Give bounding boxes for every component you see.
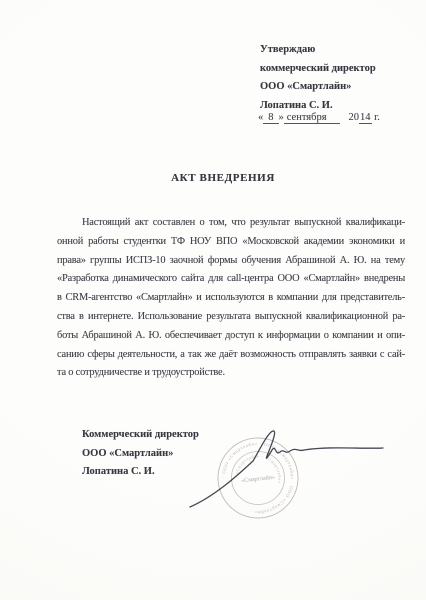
date-month: сентября — [284, 112, 340, 124]
stamp-inner-circle — [232, 452, 285, 505]
signatory-line: Лопатина С. И. — [82, 463, 199, 482]
date-era-label: г. — [374, 112, 380, 123]
stamp-center-text: «Смартлайн» — [241, 474, 275, 485]
paragraph-line: права» группы ИСПЗ-10 заочной формы обуч… — [57, 252, 405, 271]
paragraph-line: Настоящий акт составлен о том, что резул… — [57, 214, 405, 233]
stamp-inner-ring-text: · «Смартлайн» · «Смартлайн» · — [233, 453, 282, 488]
stamp-outer-circle — [218, 438, 298, 518]
paragraph-line: боты Абрашиной А. Ю. обеспечивает доступ… — [57, 327, 405, 346]
paragraph-line: санию сферы деятельности, а так же даёт … — [57, 346, 405, 365]
signatory-line: Коммерческий директор — [82, 426, 199, 445]
approval-line: Утверждаю — [260, 41, 376, 60]
stamp-ring-text: · ООО «Смартлайн» · ООО «Смартлайн» · ОО… — [221, 441, 295, 515]
handwritten-signature — [190, 431, 383, 507]
date-year-suffix: 14 — [359, 112, 372, 124]
signatory-block: Коммерческий директор ООО «Смартлайн» Ло… — [82, 426, 199, 482]
stamp-and-signature: · ООО «Смартлайн» · ООО «Смартлайн» · ОО… — [170, 418, 396, 536]
paragraph-line: онной работы студентки ТФ НОУ ВПО «Моско… — [57, 233, 405, 252]
date-day: 8 — [263, 112, 278, 124]
document-title: АКТ ВНЕДРЕНИЯ — [20, 172, 426, 184]
quote-close: » — [279, 112, 284, 123]
paragraph-line: в CRM-агентство «Смартлайн» и используют… — [57, 289, 405, 308]
body-paragraph: Настоящий акт составлен о том, что резул… — [57, 214, 405, 383]
paragraph-line: ства в интернете. Использование результа… — [57, 308, 405, 327]
company-stamp: · ООО «Смартлайн» · ООО «Смартлайн» · ОО… — [218, 438, 298, 518]
approval-line: коммерческий директор — [260, 60, 376, 79]
document-page: Утверждаю коммерческий директор ООО «Сма… — [0, 0, 426, 600]
approval-block: Утверждаю коммерческий директор ООО «Сма… — [260, 41, 376, 115]
approval-line: ООО «Смартлайн» — [260, 78, 376, 97]
paragraph-line: «Разработка динамического сайта для call… — [57, 270, 405, 289]
date-year-prefix: 20 — [349, 112, 360, 123]
approval-date-line: «8»сентября2014 г. — [258, 112, 380, 123]
paragraph-line: та о сотрудничестве и трудоустройстве. — [57, 364, 405, 383]
signatory-line: ООО «Смартлайн» — [82, 445, 199, 464]
